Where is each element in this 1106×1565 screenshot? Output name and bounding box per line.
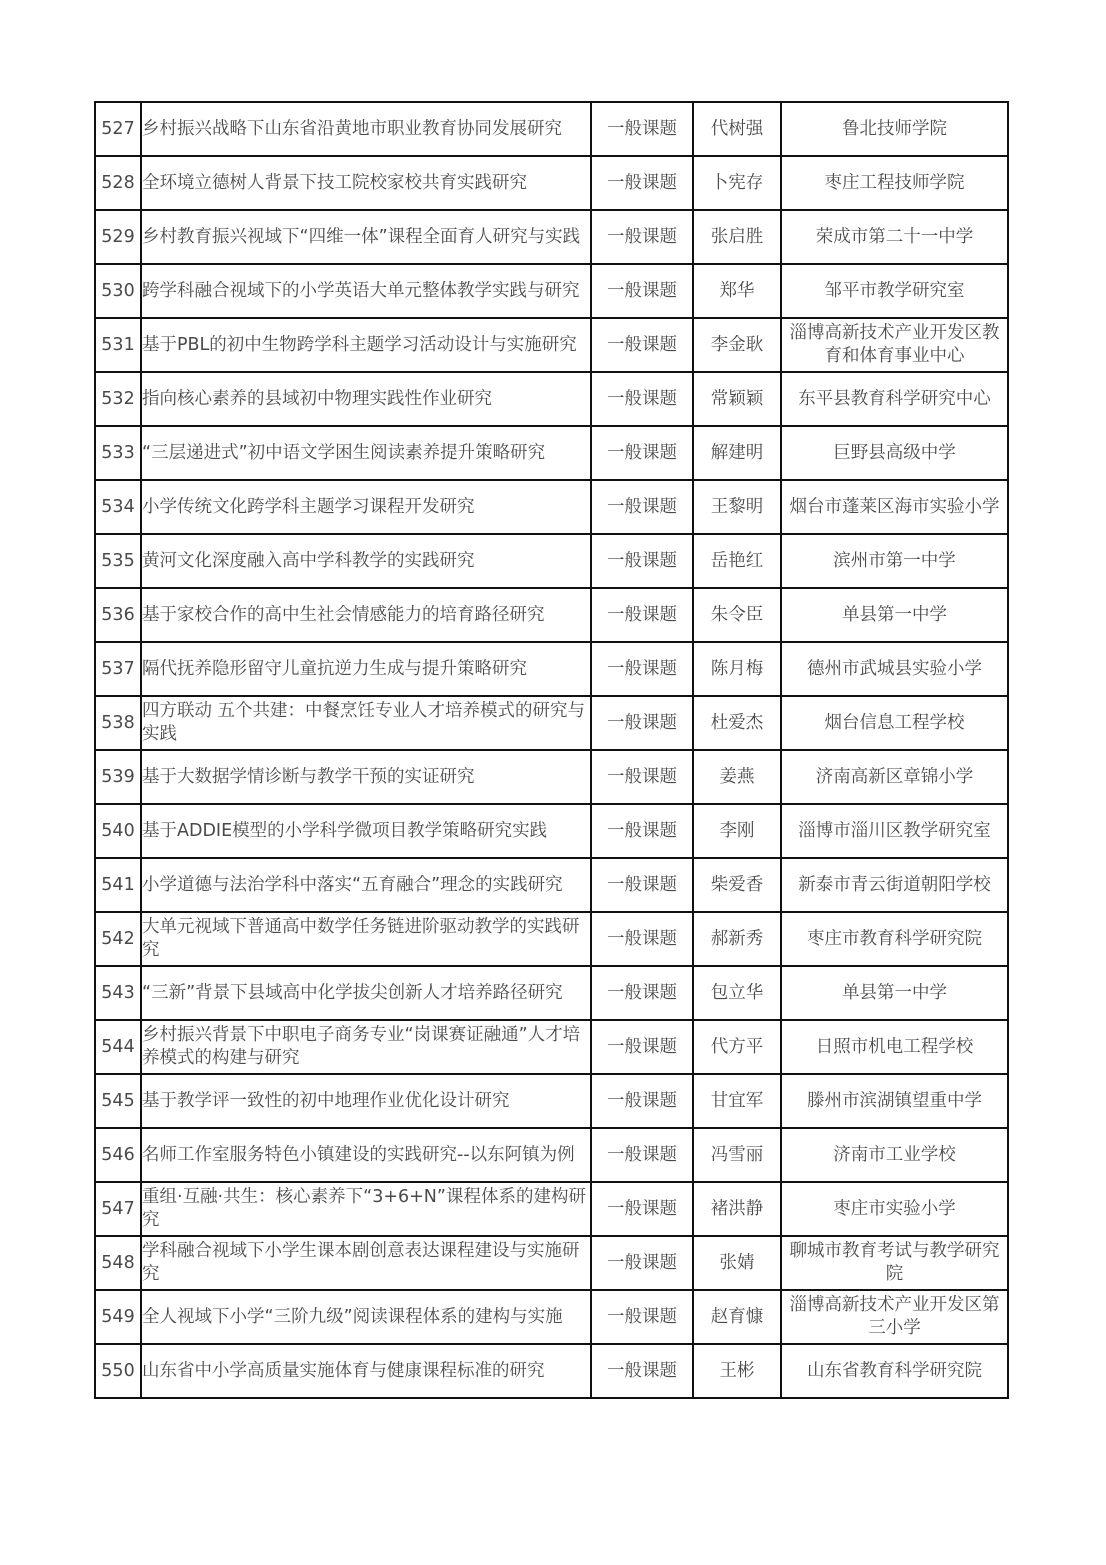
unit-cell: 济南高新区章锦小学 <box>781 750 1008 804</box>
project-title-cell: 四方联动 五个共建：中餐烹饪专业人才培养模式的研究与实践 <box>141 696 591 750</box>
category-cell: 一般课题 <box>591 966 693 1020</box>
project-title-cell: 全环境立德树人背景下技工院校家校共育实践研究 <box>141 156 591 210</box>
table-row: 541 小学道德与法治学科中落实“五育融合”理念的实践研究 一般课题 柴爱香 新… <box>95 858 1008 912</box>
leader-cell: 郝新秀 <box>693 912 781 966</box>
table-row: 540 基于ADDIE模型的小学科学微项目教学策略研究实践 一般课题 李刚 淄博… <box>95 804 1008 858</box>
work-unit: 山东省教育科学研究院 <box>782 1360 1007 1383</box>
row-number: 529 <box>96 226 140 249</box>
row-number: 542 <box>96 928 140 951</box>
project-title-cell: 基于大数据学情诊断与教学干预的实证研究 <box>141 750 591 804</box>
leader-cell: 褚洪静 <box>693 1182 781 1236</box>
project-title-cell: 大单元视域下普通高中数学任务链进阶驱动教学的实践研究 <box>141 912 591 966</box>
project-category: 一般课题 <box>592 982 692 1005</box>
unit-cell: 日照市机电工程学校 <box>781 1020 1008 1074</box>
row-number-cell: 533 <box>95 426 141 480</box>
project-title-cell: “三层递进式”初中语文学困生阅读素养提升策略研究 <box>141 426 591 480</box>
unit-cell: 山东省教育科学研究院 <box>781 1344 1008 1398</box>
project-category: 一般课题 <box>592 712 692 735</box>
unit-cell: 聊城市教育考试与教学研究院 <box>781 1236 1008 1290</box>
project-category: 一般课题 <box>592 1360 692 1383</box>
row-number: 531 <box>96 334 140 357</box>
project-title-cell: 山东省中小学高质量实施体育与健康课程标准的研究 <box>141 1344 591 1398</box>
row-number-cell: 528 <box>95 156 141 210</box>
leader-cell: 张婧 <box>693 1236 781 1290</box>
project-title: 全人视域下小学“三阶九级”阅读课程体系的建构与实施 <box>142 1306 590 1329</box>
work-unit: 德州市武城县实验小学 <box>782 658 1007 681</box>
leader-cell: 李金耿 <box>693 318 781 372</box>
category-cell: 一般课题 <box>591 1020 693 1074</box>
table-row: 549 全人视域下小学“三阶九级”阅读课程体系的建构与实施 一般课题 赵育慷 淄… <box>95 1290 1008 1344</box>
project-title: 基于家校合作的高中生社会情感能力的培育路径研究 <box>142 604 590 627</box>
project-title: 指向核心素养的县域初中物理实践性作业研究 <box>142 388 590 411</box>
project-title-cell: 黄河文化深度融入高中学科教学的实践研究 <box>141 534 591 588</box>
project-leader: 甘宜军 <box>694 1090 780 1113</box>
work-unit: 枣庄工程技师学院 <box>782 172 1007 195</box>
table-row: 547 重组·互融·共生：核心素养下“3+6+N”课程体系的建构研究 一般课题 … <box>95 1182 1008 1236</box>
row-number: 544 <box>96 1036 140 1059</box>
category-cell: 一般课题 <box>591 588 693 642</box>
row-number: 528 <box>96 172 140 195</box>
work-unit: 单县第一中学 <box>782 982 1007 1005</box>
work-unit: 烟台信息工程学校 <box>782 712 1007 735</box>
leader-cell: 陈月梅 <box>693 642 781 696</box>
table-row: 546 名师工作室服务特色小镇建设的实践研究--以东阿镇为例 一般课题 冯雪丽 … <box>95 1128 1008 1182</box>
table-row: 538 四方联动 五个共建：中餐烹饪专业人才培养模式的研究与实践 一般课题 杜爱… <box>95 696 1008 750</box>
row-number-cell: 543 <box>95 966 141 1020</box>
project-category: 一般课题 <box>592 550 692 573</box>
project-leader: 解建明 <box>694 442 780 465</box>
unit-cell: 巨野县高级中学 <box>781 426 1008 480</box>
project-title: 重组·互融·共生：核心素养下“3+6+N”课程体系的建构研究 <box>142 1186 590 1232</box>
project-leader: 包立华 <box>694 982 780 1005</box>
unit-cell: 枣庄市实验小学 <box>781 1182 1008 1236</box>
project-title: 全环境立德树人背景下技工院校家校共育实践研究 <box>142 172 590 195</box>
leader-cell: 解建明 <box>693 426 781 480</box>
row-number: 538 <box>96 712 140 735</box>
category-cell: 一般课题 <box>591 156 693 210</box>
project-title-cell: 小学传统文化跨学科主题学习课程开发研究 <box>141 480 591 534</box>
project-leader: 姜燕 <box>694 766 780 789</box>
leader-cell: 卜宪存 <box>693 156 781 210</box>
row-number: 548 <box>96 1252 140 1275</box>
project-title-cell: 名师工作室服务特色小镇建设的实践研究--以东阿镇为例 <box>141 1128 591 1182</box>
project-leader: 王彬 <box>694 1360 780 1383</box>
category-cell: 一般课题 <box>591 372 693 426</box>
work-unit: 邹平市教学研究室 <box>782 280 1007 303</box>
row-number: 536 <box>96 604 140 627</box>
row-number: 539 <box>96 766 140 789</box>
project-title: 基于大数据学情诊断与教学干预的实证研究 <box>142 766 590 789</box>
project-leader: 郝新秀 <box>694 928 780 951</box>
row-number-cell: 540 <box>95 804 141 858</box>
row-number: 527 <box>96 118 140 141</box>
table-row: 528 全环境立德树人背景下技工院校家校共育实践研究 一般课题 卜宪存 枣庄工程… <box>95 156 1008 210</box>
work-unit: 聊城市教育考试与教学研究院 <box>782 1240 1007 1286</box>
table-row: 544 乡村振兴背景下中职电子商务专业“岗课赛证融通”人才培养模式的构建与研究 … <box>95 1020 1008 1074</box>
category-cell: 一般课题 <box>591 642 693 696</box>
category-cell: 一般课题 <box>591 480 693 534</box>
project-title: 小学传统文化跨学科主题学习课程开发研究 <box>142 496 590 519</box>
work-unit: 淄博市淄川区教学研究室 <box>782 820 1007 843</box>
leader-cell: 王黎明 <box>693 480 781 534</box>
table-row: 529 乡村教育振兴视域下“四维一体”课程全面育人研究与实践 一般课题 张启胜 … <box>95 210 1008 264</box>
project-category: 一般课题 <box>592 280 692 303</box>
row-number: 541 <box>96 874 140 897</box>
unit-cell: 烟台市蓬莱区海市实验小学 <box>781 480 1008 534</box>
project-leader: 代树强 <box>694 118 780 141</box>
category-cell: 一般课题 <box>591 1236 693 1290</box>
row-number: 534 <box>96 496 140 519</box>
row-number: 550 <box>96 1360 140 1383</box>
table-row: 539 基于大数据学情诊断与教学干预的实证研究 一般课题 姜燕 济南高新区章锦小… <box>95 750 1008 804</box>
work-unit: 滨州市第一中学 <box>782 550 1007 573</box>
project-leader: 王黎明 <box>694 496 780 519</box>
project-title-cell: 基于教学评一致性的初中地理作业优化设计研究 <box>141 1074 591 1128</box>
project-title: “三新”背景下县域高中化学拔尖创新人才培养路径研究 <box>142 982 590 1005</box>
table-row: 533 “三层递进式”初中语文学困生阅读素养提升策略研究 一般课题 解建明 巨野… <box>95 426 1008 480</box>
row-number: 547 <box>96 1198 140 1221</box>
project-title: 学科融合视域下小学生课本剧创意表达课程建设与实施研究 <box>142 1240 590 1286</box>
project-title: 四方联动 五个共建：中餐烹饪专业人才培养模式的研究与实践 <box>142 700 590 746</box>
project-title: “三层递进式”初中语文学困生阅读素养提升策略研究 <box>142 442 590 465</box>
project-title: 基于ADDIE模型的小学科学微项目教学策略研究实践 <box>142 820 590 843</box>
leader-cell: 王彬 <box>693 1344 781 1398</box>
row-number-cell: 527 <box>95 102 141 156</box>
row-number-cell: 549 <box>95 1290 141 1344</box>
project-title-cell: 基于家校合作的高中生社会情感能力的培育路径研究 <box>141 588 591 642</box>
table-row: 542 大单元视域下普通高中数学任务链进阶驱动教学的实践研究 一般课题 郝新秀 … <box>95 912 1008 966</box>
project-category: 一般课题 <box>592 604 692 627</box>
project-category: 一般课题 <box>592 334 692 357</box>
row-number-cell: 546 <box>95 1128 141 1182</box>
project-category: 一般课题 <box>592 874 692 897</box>
project-title: 跨学科融合视域下的小学英语大单元整体教学实践与研究 <box>142 280 590 303</box>
leader-cell: 朱令臣 <box>693 588 781 642</box>
unit-cell: 淄博高新技术产业开发区教育和体育事业中心 <box>781 318 1008 372</box>
leader-cell: 冯雪丽 <box>693 1128 781 1182</box>
work-unit: 日照市机电工程学校 <box>782 1036 1007 1059</box>
project-title-cell: 重组·互融·共生：核心素养下“3+6+N”课程体系的建构研究 <box>141 1182 591 1236</box>
category-cell: 一般课题 <box>591 534 693 588</box>
row-number: 532 <box>96 388 140 411</box>
row-number-cell: 537 <box>95 642 141 696</box>
project-leader: 卜宪存 <box>694 172 780 195</box>
table-row: 534 小学传统文化跨学科主题学习课程开发研究 一般课题 王黎明 烟台市蓬莱区海… <box>95 480 1008 534</box>
project-title-cell: 隔代抚养隐形留守儿童抗逆力生成与提升策略研究 <box>141 642 591 696</box>
project-title-cell: 乡村教育振兴视域下“四维一体”课程全面育人研究与实践 <box>141 210 591 264</box>
project-title: 乡村教育振兴视域下“四维一体”课程全面育人研究与实践 <box>142 226 590 249</box>
project-title: 山东省中小学高质量实施体育与健康课程标准的研究 <box>142 1360 590 1383</box>
work-unit: 济南高新区章锦小学 <box>782 766 1007 789</box>
unit-cell: 东平县教育科学研究中心 <box>781 372 1008 426</box>
leader-cell: 包立华 <box>693 966 781 1020</box>
row-number-cell: 536 <box>95 588 141 642</box>
row-number-cell: 547 <box>95 1182 141 1236</box>
project-title: 大单元视域下普通高中数学任务链进阶驱动教学的实践研究 <box>142 916 590 962</box>
row-number: 535 <box>96 550 140 573</box>
project-list-table: 527 乡村振兴战略下山东省沿黄地市职业教育协同发展研究 一般课题 代树强 鲁北… <box>94 101 1009 1399</box>
project-title: 黄河文化深度融入高中学科教学的实践研究 <box>142 550 590 573</box>
document-page: 527 乡村振兴战略下山东省沿黄地市职业教育协同发展研究 一般课题 代树强 鲁北… <box>0 0 1106 1565</box>
row-number: 537 <box>96 658 140 681</box>
project-leader: 褚洪静 <box>694 1198 780 1221</box>
project-title-cell: 指向核心素养的县域初中物理实践性作业研究 <box>141 372 591 426</box>
unit-cell: 枣庄工程技师学院 <box>781 156 1008 210</box>
unit-cell: 济南市工业学校 <box>781 1128 1008 1182</box>
unit-cell: 滨州市第一中学 <box>781 534 1008 588</box>
table-row: 527 乡村振兴战略下山东省沿黄地市职业教育协同发展研究 一般课题 代树强 鲁北… <box>95 102 1008 156</box>
row-number-cell: 545 <box>95 1074 141 1128</box>
work-unit: 枣庄市实验小学 <box>782 1198 1007 1221</box>
project-leader: 代方平 <box>694 1036 780 1059</box>
project-title: 乡村振兴战略下山东省沿黄地市职业教育协同发展研究 <box>142 118 590 141</box>
project-category: 一般课题 <box>592 226 692 249</box>
work-unit: 荣成市第二十一中学 <box>782 226 1007 249</box>
project-category: 一般课题 <box>592 496 692 519</box>
unit-cell: 鲁北技师学院 <box>781 102 1008 156</box>
project-leader: 常颖颖 <box>694 388 780 411</box>
leader-cell: 姜燕 <box>693 750 781 804</box>
row-number: 549 <box>96 1306 140 1329</box>
leader-cell: 常颖颖 <box>693 372 781 426</box>
leader-cell: 岳艳红 <box>693 534 781 588</box>
table-row: 535 黄河文化深度融入高中学科教学的实践研究 一般课题 岳艳红 滨州市第一中学 <box>95 534 1008 588</box>
project-title-cell: 乡村振兴背景下中职电子商务专业“岗课赛证融通”人才培养模式的构建与研究 <box>141 1020 591 1074</box>
project-category: 一般课题 <box>592 1144 692 1167</box>
category-cell: 一般课题 <box>591 102 693 156</box>
unit-cell: 淄博市淄川区教学研究室 <box>781 804 1008 858</box>
work-unit: 单县第一中学 <box>782 604 1007 627</box>
work-unit: 枣庄市教育科学研究院 <box>782 928 1007 951</box>
table-row: 550 山东省中小学高质量实施体育与健康课程标准的研究 一般课题 王彬 山东省教… <box>95 1344 1008 1398</box>
work-unit: 淄博高新技术产业开发区第三小学 <box>782 1294 1007 1340</box>
row-number-cell: 541 <box>95 858 141 912</box>
project-leader: 杜爱杰 <box>694 712 780 735</box>
row-number-cell: 529 <box>95 210 141 264</box>
category-cell: 一般课题 <box>591 696 693 750</box>
work-unit: 新泰市青云街道朝阳学校 <box>782 874 1007 897</box>
work-unit: 淄博高新技术产业开发区教育和体育事业中心 <box>782 322 1007 368</box>
project-category: 一般课题 <box>592 118 692 141</box>
project-leader: 赵育慷 <box>694 1306 780 1329</box>
category-cell: 一般课题 <box>591 858 693 912</box>
leader-cell: 张启胜 <box>693 210 781 264</box>
unit-cell: 单县第一中学 <box>781 966 1008 1020</box>
category-cell: 一般课题 <box>591 912 693 966</box>
project-title: 基于教学评一致性的初中地理作业优化设计研究 <box>142 1090 590 1113</box>
table-row: 548 学科融合视域下小学生课本剧创意表达课程建设与实施研究 一般课题 张婧 聊… <box>95 1236 1008 1290</box>
work-unit: 烟台市蓬莱区海市实验小学 <box>782 496 1007 519</box>
table-row: 532 指向核心素养的县域初中物理实践性作业研究 一般课题 常颖颖 东平县教育科… <box>95 372 1008 426</box>
leader-cell: 杜爱杰 <box>693 696 781 750</box>
project-title-cell: 跨学科融合视域下的小学英语大单元整体教学实践与研究 <box>141 264 591 318</box>
category-cell: 一般课题 <box>591 1344 693 1398</box>
row-number: 546 <box>96 1144 140 1167</box>
row-number-cell: 550 <box>95 1344 141 1398</box>
project-title: 名师工作室服务特色小镇建设的实践研究--以东阿镇为例 <box>142 1144 590 1167</box>
table-row: 531 基于PBL的初中生物跨学科主题学习活动设计与实施研究 一般课题 李金耿 … <box>95 318 1008 372</box>
category-cell: 一般课题 <box>591 264 693 318</box>
table-row: 543 “三新”背景下县域高中化学拔尖创新人才培养路径研究 一般课题 包立华 单… <box>95 966 1008 1020</box>
project-category: 一般课题 <box>592 766 692 789</box>
project-leader: 柴爱香 <box>694 874 780 897</box>
category-cell: 一般课题 <box>591 1290 693 1344</box>
work-unit: 巨野县高级中学 <box>782 442 1007 465</box>
category-cell: 一般课题 <box>591 210 693 264</box>
project-leader: 李金耿 <box>694 334 780 357</box>
project-leader: 陈月梅 <box>694 658 780 681</box>
row-number-cell: 534 <box>95 480 141 534</box>
project-title: 小学道德与法治学科中落实“五育融合”理念的实践研究 <box>142 874 590 897</box>
project-leader: 岳艳红 <box>694 550 780 573</box>
project-leader: 李刚 <box>694 820 780 843</box>
unit-cell: 邹平市教学研究室 <box>781 264 1008 318</box>
project-category: 一般课题 <box>592 820 692 843</box>
category-cell: 一般课题 <box>591 1074 693 1128</box>
category-cell: 一般课题 <box>591 750 693 804</box>
table-row: 545 基于教学评一致性的初中地理作业优化设计研究 一般课题 甘宜军 滕州市滨湖… <box>95 1074 1008 1128</box>
project-category: 一般课题 <box>592 1252 692 1275</box>
project-category: 一般课题 <box>592 928 692 951</box>
project-title-cell: 乡村振兴战略下山东省沿黄地市职业教育协同发展研究 <box>141 102 591 156</box>
row-number-cell: 532 <box>95 372 141 426</box>
row-number-cell: 542 <box>95 912 141 966</box>
project-title: 乡村振兴背景下中职电子商务专业“岗课赛证融通”人才培养模式的构建与研究 <box>142 1024 590 1070</box>
project-leader: 冯雪丽 <box>694 1144 780 1167</box>
project-title-cell: “三新”背景下县域高中化学拔尖创新人才培养路径研究 <box>141 966 591 1020</box>
work-unit: 济南市工业学校 <box>782 1144 1007 1167</box>
category-cell: 一般课题 <box>591 426 693 480</box>
row-number-cell: 538 <box>95 696 141 750</box>
work-unit: 滕州市滨湖镇望重中学 <box>782 1090 1007 1113</box>
leader-cell: 代树强 <box>693 102 781 156</box>
unit-cell: 新泰市青云街道朝阳学校 <box>781 858 1008 912</box>
work-unit: 鲁北技师学院 <box>782 118 1007 141</box>
leader-cell: 甘宜军 <box>693 1074 781 1128</box>
unit-cell: 荣成市第二十一中学 <box>781 210 1008 264</box>
unit-cell: 烟台信息工程学校 <box>781 696 1008 750</box>
category-cell: 一般课题 <box>591 318 693 372</box>
table-row: 537 隔代抚养隐形留守儿童抗逆力生成与提升策略研究 一般课题 陈月梅 德州市武… <box>95 642 1008 696</box>
project-leader: 张启胜 <box>694 226 780 249</box>
row-number: 543 <box>96 982 140 1005</box>
row-number: 533 <box>96 442 140 465</box>
table-body: 527 乡村振兴战略下山东省沿黄地市职业教育协同发展研究 一般课题 代树强 鲁北… <box>95 102 1008 1398</box>
project-category: 一般课题 <box>592 1036 692 1059</box>
project-leader: 郑华 <box>694 280 780 303</box>
project-title: 基于PBL的初中生物跨学科主题学习活动设计与实施研究 <box>142 334 590 357</box>
leader-cell: 代方平 <box>693 1020 781 1074</box>
project-leader: 朱令臣 <box>694 604 780 627</box>
row-number: 545 <box>96 1090 140 1113</box>
unit-cell: 单县第一中学 <box>781 588 1008 642</box>
project-title: 隔代抚养隐形留守儿童抗逆力生成与提升策略研究 <box>142 658 590 681</box>
unit-cell: 德州市武城县实验小学 <box>781 642 1008 696</box>
project-title-cell: 小学道德与法治学科中落实“五育融合”理念的实践研究 <box>141 858 591 912</box>
project-category: 一般课题 <box>592 442 692 465</box>
category-cell: 一般课题 <box>591 1182 693 1236</box>
row-number: 530 <box>96 280 140 303</box>
leader-cell: 柴爱香 <box>693 858 781 912</box>
project-category: 一般课题 <box>592 388 692 411</box>
category-cell: 一般课题 <box>591 804 693 858</box>
table-row: 530 跨学科融合视域下的小学英语大单元整体教学实践与研究 一般课题 郑华 邹平… <box>95 264 1008 318</box>
row-number: 540 <box>96 820 140 843</box>
project-category: 一般课题 <box>592 658 692 681</box>
project-title-cell: 学科融合视域下小学生课本剧创意表达课程建设与实施研究 <box>141 1236 591 1290</box>
project-title-cell: 全人视域下小学“三阶九级”阅读课程体系的建构与实施 <box>141 1290 591 1344</box>
work-unit: 东平县教育科学研究中心 <box>782 388 1007 411</box>
row-number-cell: 539 <box>95 750 141 804</box>
unit-cell: 淄博高新技术产业开发区第三小学 <box>781 1290 1008 1344</box>
leader-cell: 郑华 <box>693 264 781 318</box>
unit-cell: 枣庄市教育科学研究院 <box>781 912 1008 966</box>
row-number-cell: 548 <box>95 1236 141 1290</box>
table-row: 536 基于家校合作的高中生社会情感能力的培育路径研究 一般课题 朱令臣 单县第… <box>95 588 1008 642</box>
project-category: 一般课题 <box>592 1198 692 1221</box>
leader-cell: 赵育慷 <box>693 1290 781 1344</box>
row-number-cell: 531 <box>95 318 141 372</box>
row-number-cell: 530 <box>95 264 141 318</box>
row-number-cell: 535 <box>95 534 141 588</box>
project-title-cell: 基于PBL的初中生物跨学科主题学习活动设计与实施研究 <box>141 318 591 372</box>
leader-cell: 李刚 <box>693 804 781 858</box>
category-cell: 一般课题 <box>591 1128 693 1182</box>
project-title-cell: 基于ADDIE模型的小学科学微项目教学策略研究实践 <box>141 804 591 858</box>
project-leader: 张婧 <box>694 1252 780 1275</box>
row-number-cell: 544 <box>95 1020 141 1074</box>
project-category: 一般课题 <box>592 1306 692 1329</box>
unit-cell: 滕州市滨湖镇望重中学 <box>781 1074 1008 1128</box>
project-category: 一般课题 <box>592 1090 692 1113</box>
project-category: 一般课题 <box>592 172 692 195</box>
